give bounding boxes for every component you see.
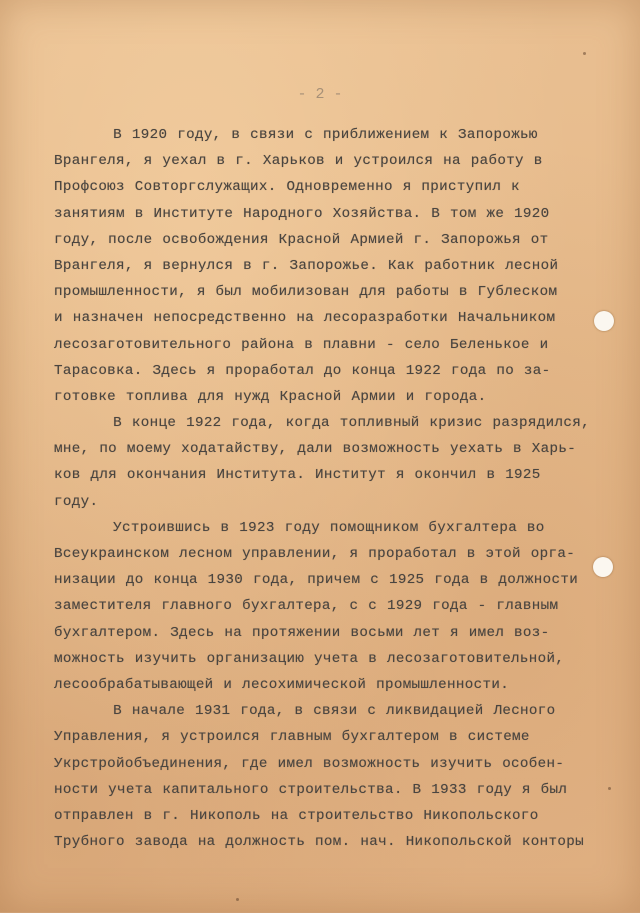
text-line: году, после освобождения Красной Армией … [54, 227, 574, 253]
text-line: году. [54, 489, 574, 515]
paper-speck [608, 787, 611, 790]
text-line: Управления, я устроился главным бухгалте… [54, 724, 574, 750]
text-line: ков для окончания Института. Институт я … [54, 462, 574, 488]
text-line: В 1920 году, в связи с приближением к За… [54, 122, 574, 148]
text-line: ности учета капитального строительства. … [54, 777, 574, 803]
text-line: занятиям в Институте Народного Хозяйства… [54, 201, 574, 227]
paper-speck [236, 898, 239, 901]
document-page: - 2 - В 1920 году, в связи с приближение… [0, 0, 640, 913]
text-line: Всеукраинском лесном управлении, я прора… [54, 541, 574, 567]
text-line: В начале 1931 года, в связи с ликвидацие… [54, 698, 574, 724]
text-line: Устроившись в 1923 году помощником бухга… [54, 515, 574, 541]
text-line: низации до конца 1930 года, причем с 192… [54, 567, 574, 593]
text-line: промышленности, я был мобилизован для ра… [54, 279, 574, 305]
text-line: мне, по моему ходатайству, дали возможно… [54, 436, 574, 462]
text-line: Врангеля, я вернулся в г. Запорожье. Как… [54, 253, 574, 279]
text-line: готовке топлива для нужд Красной Армии и… [54, 384, 574, 410]
text-line: и назначен непосредственно на лесоразраб… [54, 305, 574, 331]
text-line: Укрстройобъединения, где имел возможност… [54, 751, 574, 777]
paper-speck [583, 52, 586, 55]
punch-hole [593, 557, 613, 577]
text-line: лесозаготовительного района в плавни - с… [54, 332, 574, 358]
page-number: - 2 - [0, 86, 640, 103]
text-line: отправлен в г. Никополь на строительство… [54, 803, 574, 829]
text-line: можность изучить организацию учета в лес… [54, 646, 574, 672]
text-line: лесообрабатывающей и лесохимической пром… [54, 672, 574, 698]
text-line: Профсоюз Совторгслужащих. Одновременно я… [54, 174, 574, 200]
text-line: Тарасовка. Здесь я проработал до конца 1… [54, 358, 574, 384]
text-line: В конце 1922 года, когда топливный кризи… [54, 410, 574, 436]
text-line: заместителя главного бухгалтера, с с 192… [54, 593, 574, 619]
text-line: Врангеля, я уехал в г. Харьков и устроил… [54, 148, 574, 174]
text-line: Трубного завода на должность пом. нач. Н… [54, 829, 574, 855]
punch-hole [594, 311, 614, 331]
document-body: В 1920 году, в связи с приближением к За… [54, 122, 574, 855]
text-line: бухгалтером. Здесь на протяжении восьми … [54, 620, 574, 646]
